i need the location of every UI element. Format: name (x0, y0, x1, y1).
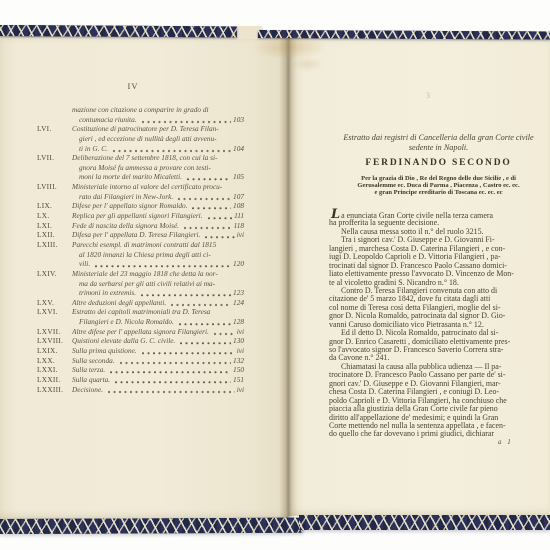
dot-leader (141, 346, 235, 356)
dot-leader (179, 336, 231, 346)
toc-entry-line: Difesa per l' appellata D. Teresa Filang… (72, 230, 244, 240)
toc-page-ref: 151 (233, 375, 244, 385)
toc-entry-text: mazione con citazione a comparire in gra… (72, 105, 209, 115)
toc-page-ref: 150 (233, 365, 244, 375)
toc-row: LX.Replica per gli appellanti signori Fi… (37, 211, 244, 221)
toc-entry-line: Parecchi esempl. di matrimoni contratti … (72, 240, 244, 250)
signature-mark: a 1 (498, 438, 513, 446)
toc-page-ref: 120 (233, 259, 244, 269)
toc-entry-text: trimoni in extremis. (79, 288, 136, 298)
toc-roman-numeral: LVI. (37, 124, 72, 134)
toc-entry-text: Difese per l' appellato signor Romaldo. (72, 201, 187, 211)
toc-roman-numeral: LXVI. (37, 307, 72, 317)
toc-entry-text: Altre difese per l' appellata signora Fi… (72, 327, 209, 337)
toc-entry-text: Altre deduzioni degli appellanti. (72, 298, 166, 308)
toc-page-ref: 108 (233, 201, 244, 211)
dot-leader (178, 317, 231, 327)
toc-entry-line: Sulla prima quistione.ivi (72, 346, 244, 356)
toc-list: mazione con citazione a comparire in gra… (37, 105, 244, 394)
decorated-edge-bottom-left (0, 518, 303, 534)
dot-leader (107, 385, 235, 395)
toc-entry-text: Replica per gli appellanti signori Filan… (72, 211, 203, 221)
toc-entry-line: Ministeriale intorno al valore del certi… (72, 182, 244, 192)
toc-entry-line: contumacia riunita.103 (79, 115, 244, 125)
foxing-stain (252, 34, 328, 60)
toc-entry-text: gieri , ed eccezione di nullità degli at… (79, 134, 217, 144)
toc-page-ref: 118 (234, 221, 244, 231)
toc-row: gieri , ed eccezione di nullità degli at… (37, 134, 244, 144)
dot-leader (112, 144, 231, 154)
dot-leader (204, 230, 234, 240)
toc-roman-numeral: LIX. (37, 201, 72, 211)
toc-row: ti in G. C.104 (37, 144, 244, 154)
toc-page-ref: 130 (233, 336, 244, 346)
page-right: 3 Estratto dai registri di Cancelleria d… (288, 34, 550, 516)
toc-row: LXXI.Sulla terza.150 (37, 365, 244, 375)
toc-row: LVIII.Ministeriale intorno al valore del… (37, 182, 244, 192)
toc-entry-text: Quistioni elevate dalla G. C. civile. (72, 336, 175, 346)
toc-row: LXIX.Sulla prima quistione.ivi (37, 346, 244, 356)
toc-page-ref: ivi (237, 385, 244, 395)
toc-roman-numeral (37, 163, 72, 173)
toc-entry-line: Decisione.ivi (72, 385, 244, 395)
body-line: do quello che far dovevano i primi giudi… (329, 430, 550, 438)
toc-entry-line: rato dai Filangieri in New-Jork.107 (79, 192, 244, 202)
toc-row: LXI.Fede di nascita della signora Moisé.… (37, 221, 244, 231)
toc-entry-line: Difese per l' appellato signor Romaldo.1… (72, 201, 244, 211)
toc-page-ref: 128 (233, 317, 244, 327)
toc-page-ref: 107 (233, 192, 244, 202)
toc-entry-line: al 1820 innanzi la Chiesa prima degli at… (79, 250, 244, 260)
toc-page-ref: 132 (233, 356, 244, 366)
toc-entry-line: Filangieri e D. Nicola Romaldo.128 (79, 317, 244, 327)
extract-heading-line2: sedente in Napoli. (328, 143, 549, 153)
toc-entry-text: moni la morte del marito Micaletti. (79, 172, 182, 182)
toc-entry-text: contumacia riunita. (79, 115, 137, 125)
toc-row: LXXIII.Decisione.ivi (37, 385, 244, 395)
toc-entry-line: moni la morte del marito Micaletti.105 (79, 172, 244, 182)
toc-entry-line: gieri , ed eccezione di nullità degli at… (79, 134, 244, 144)
toc-row: LXII.Difesa per l' appellata D. Teresa F… (37, 230, 244, 240)
dot-leader (207, 211, 233, 221)
toc-row: mazione con citazione a comparire in gra… (37, 105, 244, 115)
toc-entry-text: Sulla seconda. (72, 356, 115, 366)
toc-entry-line: Sulla seconda.132 (72, 356, 244, 366)
toc-roman-numeral (37, 279, 72, 289)
extract-heading: Estratto dai registri di Cancelleria del… (328, 133, 549, 152)
page-number-left: IV (118, 81, 148, 91)
toc-roman-numeral (37, 250, 72, 260)
toc-row: gnora Moisé fu ammessa a provare con tes… (37, 163, 244, 173)
toc-row: rato dai Filangieri in New-Jork.107 (37, 192, 244, 202)
toc-roman-numeral: LXIX. (37, 346, 72, 356)
toc-entry-text: al 1820 innanzi la Chiesa prima degli at… (79, 250, 211, 260)
toc-entry-text: rato dai Filangieri in New-Jork. (79, 192, 173, 202)
page-number-right: 3 (426, 91, 430, 100)
toc-entry-line: ti in G. C.104 (79, 144, 244, 154)
toc-entry-text: Parecchi esempl. di matrimoni contratti … (72, 240, 216, 250)
toc-row: contumacia riunita.103 (37, 115, 244, 125)
toc-roman-numeral (37, 259, 72, 269)
dot-leader (109, 365, 231, 375)
toc-roman-numeral: LXVIII. (37, 336, 72, 346)
toc-page-ref: 123 (233, 288, 244, 298)
toc-roman-numeral (37, 105, 72, 115)
toc-roman-numeral: LXX. (37, 356, 72, 366)
toc-roman-numeral: LXXIII. (37, 385, 72, 395)
foxing-stain (290, 56, 324, 72)
toc-entry-text: ma da serbarsi per gli atti civili relat… (79, 279, 215, 289)
toc-entry-line: Sulla quarta.151 (72, 375, 244, 385)
toc-entry-line: Fede di nascita della signora Moisé.118 (72, 221, 244, 231)
toc-roman-numeral (37, 134, 72, 144)
toc-entry-text: Sulla prima quistione. (72, 346, 137, 356)
toc-roman-numeral: LVIII. (37, 182, 72, 192)
toc-entry-line: ma da serbarsi per gli atti civili relat… (79, 279, 244, 289)
dot-leader (191, 201, 231, 211)
toc-row: LXX.Sulla seconda.132 (37, 356, 244, 366)
toc-roman-numeral: LXIII. (37, 240, 72, 250)
decorated-edge-bottom-right (299, 515, 550, 530)
toc-entry-line: Ministeriale del 23 maggio 1818 che dett… (72, 269, 244, 279)
toc-roman-numeral: LXXII. (37, 375, 72, 385)
toc-row: LXV.Altre deduzioni degli appellanti.124 (37, 298, 244, 308)
toc-row: ma da serbarsi per gli atti civili relat… (37, 279, 244, 289)
toc-row: vili.120 (37, 259, 244, 269)
toc-page-ref: 104 (233, 144, 244, 154)
toc-page-ref: 111 (234, 211, 244, 221)
toc-roman-numeral (37, 317, 72, 327)
toc-entry-line: trimoni in extremis.123 (79, 288, 244, 298)
toc-roman-numeral: LXII. (37, 230, 72, 240)
royal-style-line: e gran Principe ereditario di Toscana ec… (321, 190, 550, 197)
toc-entry-text: vili. (79, 259, 90, 269)
extract-heading-line1: Estratto dai registri di Cancelleria del… (328, 133, 549, 143)
toc-row: LVI.Costituzione di patrocinatore per D.… (37, 124, 244, 134)
toc-row: LXIV.Ministeriale del 23 maggio 1818 che… (37, 269, 244, 279)
dot-leader (177, 192, 231, 202)
toc-entry-line: gnora Moisé fu ammessa a provare con tes… (79, 163, 244, 173)
toc-roman-numeral: LX. (37, 211, 72, 221)
toc-page-ref: 103 (233, 115, 244, 125)
royal-style-block: Per la grazia di Dio , Re del Regno dell… (321, 176, 550, 197)
book-gutter-shadow (279, 33, 297, 519)
toc-entry-line: vili.120 (79, 259, 244, 269)
toc-entry-text: gnora Moisé fu ammessa a provare con tes… (79, 163, 211, 173)
page-left: IV mazione con citazione a comparire in … (0, 33, 288, 519)
toc-roman-numeral (37, 172, 72, 182)
toc-roman-numeral (37, 144, 72, 154)
book-photo: IV mazione con citazione a comparire in … (0, 0, 550, 550)
toc-row: LXXII.Sulla quarta.151 (37, 375, 244, 385)
toc-entry-text: Ministeriale intorno al valore del certi… (72, 182, 222, 192)
dot-leader (186, 172, 231, 182)
toc-row: LXVIII.Quistioni elevate dalla G. C. civ… (37, 336, 244, 346)
toc-row: moni la morte del marito Micaletti.105 (37, 172, 244, 182)
toc-roman-numeral: LVII. (37, 153, 72, 163)
toc-row: LXVII.Altre difese per l' appellata sign… (37, 327, 244, 337)
toc-entry-text: Ministeriale del 23 maggio 1818 che dett… (72, 269, 218, 279)
toc-page-ref: 124 (233, 298, 244, 308)
toc-entry-line: Altre difese per l' appellata signora Fi… (72, 327, 244, 337)
king-title: FERDINANDO SECONDO (328, 158, 549, 168)
toc-entry-text: Fede di nascita della signora Moisé. (72, 221, 179, 231)
toc-entry-text: ti in G. C. (79, 144, 108, 154)
toc-page-ref: ivi (237, 327, 244, 337)
toc-entry-line: mazione con citazione a comparire in gra… (72, 105, 244, 115)
dot-leader (183, 221, 232, 231)
toc-entry-line: Costituzione di patrocinatore per D. Ter… (72, 124, 244, 134)
dot-leader (119, 356, 231, 366)
decorated-edge-top-left (0, 25, 237, 37)
toc-roman-numeral (37, 192, 72, 202)
toc-entry-text: Costituzione di patrocinatore per D. Ter… (72, 124, 219, 134)
toc-page-ref: ivi (237, 230, 244, 240)
dot-leader (114, 375, 231, 385)
toc-entry-text: Deliberazione del 7 settembre 1818, con … (72, 153, 217, 163)
toc-roman-numeral: LXIV. (37, 269, 72, 279)
toc-page-ref: 105 (233, 172, 244, 182)
toc-row: Filangieri e D. Nicola Romaldo.128 (37, 317, 244, 327)
toc-row: LIX.Difese per l' appellato signor Romal… (37, 201, 244, 211)
dot-leader (141, 115, 231, 125)
toc-row: trimoni in extremis.123 (37, 288, 244, 298)
toc-entry-line: Altre deduzioni degli appellanti.124 (72, 298, 244, 308)
toc-roman-numeral (37, 288, 72, 298)
toc-row: LXVI.Estratto dei capitoli matrimoniali … (37, 307, 244, 317)
toc-entry-text: Filangieri e D. Nicola Romaldo. (79, 317, 174, 327)
toc-entry-line: Quistioni elevate dalla G. C. civile.130 (72, 336, 244, 346)
toc-roman-numeral: LXI. (37, 221, 72, 231)
toc-roman-numeral (37, 115, 72, 125)
toc-roman-numeral: LXV. (37, 298, 72, 308)
toc-row: LXIII.Parecchi esempl. di matrimoni cont… (37, 240, 244, 250)
toc-row: al 1820 innanzi la Chiesa prima degli at… (37, 250, 244, 260)
toc-entry-line: Sulla terza.150 (72, 365, 244, 375)
toc-row: LVII.Deliberazione del 7 settembre 1818,… (37, 153, 244, 163)
toc-roman-numeral: LXXI. (37, 365, 72, 375)
dot-leader (140, 288, 231, 298)
toc-entry-line: Deliberazione del 7 settembre 1818, con … (72, 153, 244, 163)
dot-leader (170, 298, 231, 308)
toc-roman-numeral: LXVII. (37, 327, 72, 337)
toc-entry-text: Difesa per l' appellata D. Teresa Filang… (72, 230, 200, 240)
toc-entry-line: Estratto dei capitoli matrimoniali tra D… (72, 307, 244, 317)
toc-page-ref: ivi (237, 346, 244, 356)
toc-entry-text: Sulla terza. (72, 365, 105, 375)
toc-entry-text: Estratto dei capitoli matrimoniali tra D… (72, 307, 210, 317)
dot-leader (94, 259, 231, 269)
toc-entry-text: Decisione. (72, 385, 103, 395)
toc-entry-line: Replica per gli appellanti signori Filan… (72, 211, 244, 221)
dot-leader (213, 327, 235, 337)
decree-body: La enunciata Gran Corte civile nella ter… (329, 211, 550, 439)
toc-entry-text: Sulla quarta. (72, 375, 110, 385)
